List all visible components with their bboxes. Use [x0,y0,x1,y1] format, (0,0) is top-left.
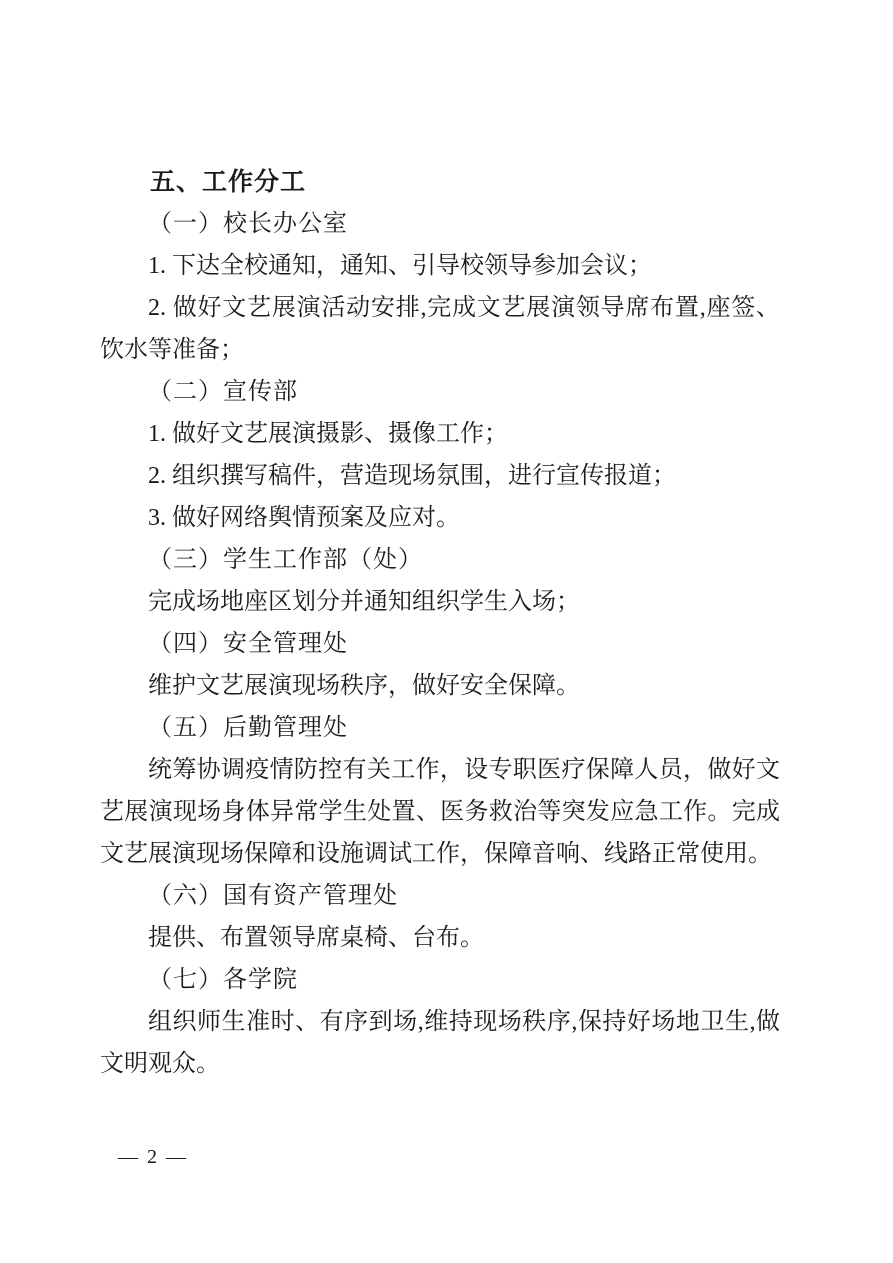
section-heading: （一）校长办公室 [100,203,780,245]
paragraph: 组织师生准时、有序到场,维持现场秩序,保持好场地卫生,做文明观众。 [100,1001,780,1085]
document-title: 五、工作分工 [100,161,780,203]
page-number: — 2 — [118,1144,188,1170]
paragraph: 完成场地座区划分并通知组织学生入场； [100,581,780,623]
section-principal-office: （一）校长办公室 1. 下达全校通知，通知、引导校领导参加会议； 2. 做好文艺… [100,203,780,371]
section-state-assets-office: （六）国有资产管理处 提供、布置领导席桌椅、台布。 [100,875,780,959]
section-logistics-office: （五）后勤管理处 统筹协调疫情防控有关工作，设专职医疗保障人员，做好文艺展演现场… [100,707,780,875]
document-page: 五、工作分工 （一）校长办公室 1. 下达全校通知，通知、引导校领导参加会议； … [0,0,893,1263]
paragraph: 2. 做好文艺展演活动安排,完成文艺展演领导席布置,座签、饮水等准备； [100,287,780,371]
section-heading: （六）国有资产管理处 [100,875,780,917]
section-heading: （四）安全管理处 [100,623,780,665]
section-security-office: （四）安全管理处 维护文艺展演现场秩序，做好安全保障。 [100,623,780,707]
paragraph: 统筹协调疫情防控有关工作，设专职医疗保障人员，做好文艺展演现场身体异常学生处置、… [100,749,780,875]
section-colleges: （七）各学院 组织师生准时、有序到场,维持现场秩序,保持好场地卫生,做文明观众。 [100,959,780,1085]
paragraph: 维护文艺展演现场秩序，做好安全保障。 [100,665,780,707]
section-heading: （七）各学院 [100,959,780,1001]
section-student-affairs: （三）学生工作部（处） 完成场地座区划分并通知组织学生入场； [100,539,780,623]
paragraph: 2. 组织撰写稿件，营造现场氛围，进行宣传报道； [100,455,780,497]
paragraph: 提供、布置领导席桌椅、台布。 [100,917,780,959]
section-publicity-dept: （二）宣传部 1. 做好文艺展演摄影、摄像工作； 2. 组织撰写稿件，营造现场氛… [100,371,780,539]
document-body: 五、工作分工 （一）校长办公室 1. 下达全校通知，通知、引导校领导参加会议； … [100,161,780,1085]
paragraph: 1. 下达全校通知，通知、引导校领导参加会议； [100,245,780,287]
paragraph: 1. 做好文艺展演摄影、摄像工作； [100,413,780,455]
paragraph: 3. 做好网络舆情预案及应对。 [100,497,780,539]
section-heading: （五）后勤管理处 [100,707,780,749]
section-heading: （三）学生工作部（处） [100,539,780,581]
section-heading: （二）宣传部 [100,371,780,413]
